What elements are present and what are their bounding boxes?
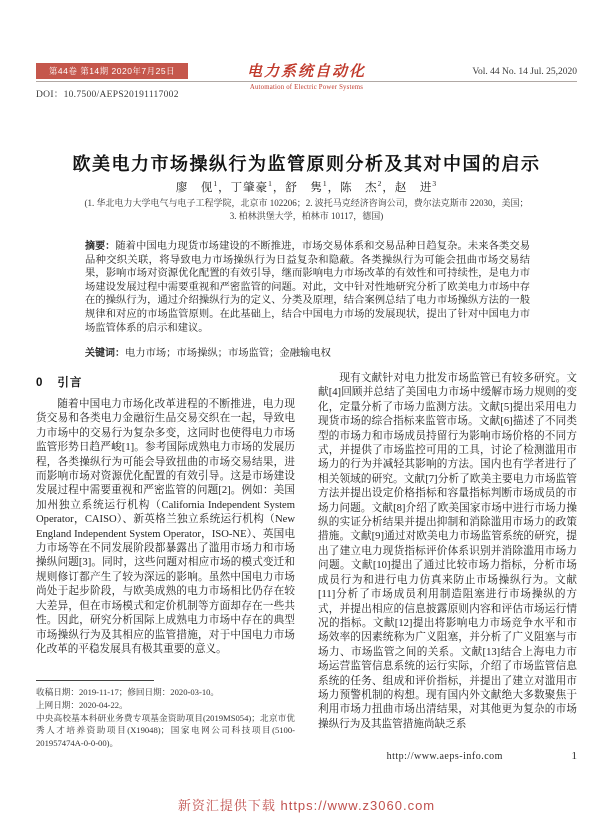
abstract-text: 随着中国电力现货市场建设的不断推进，市场交易体系和交易品种日趋复杂。未来各类交易… xyxy=(85,241,530,334)
abstract: 摘要：随着中国电力现货市场建设的不断推进，市场交易体系和交易品种日趋复杂。未来各… xyxy=(85,240,530,335)
left-column: 0引言 随着中国电力市场化改革进程的不断推进，电力现货交易和各类电力金融衍生品交… xyxy=(36,372,295,750)
keywords-text: 电力市场；市场操纵；市场监管；金融输电权 xyxy=(125,348,331,359)
author: 赵 进3 xyxy=(395,182,437,194)
affiliations: (1. 华北电力大学电气与电子工程学院，北京市 102206；2. 波托马克经济… xyxy=(40,197,573,223)
paper-title: 欧美电力市场操纵行为监管原则分析及其对中国的启示 xyxy=(40,150,573,176)
journal-logo-en: Automation of Electric Power Systems xyxy=(0,84,613,91)
author: 舒 隽1 xyxy=(285,182,327,194)
abstract-label: 摘要： xyxy=(85,241,115,252)
section-number: 0 xyxy=(36,377,43,389)
footnote-funding: 中央高校基本科研业务费专项基金资助项目(2019MS054)；北京市优秀人才培养… xyxy=(36,712,295,750)
keywords-label: 关键词： xyxy=(85,348,125,359)
author-separator: ， xyxy=(273,182,286,194)
affiliation-line: 3. 柏林洪堡大学，柏林市 10117，德国) xyxy=(40,210,573,223)
volume-info: Vol. 44 No. 14 Jul. 25,2020 xyxy=(472,67,577,77)
download-watermark: 新资汇提供下载 https://www.z3060.com xyxy=(0,795,613,814)
body-columns: 0引言 随着中国电力市场化改革进程的不断推进，电力现货交易和各类电力金融衍生品交… xyxy=(36,372,577,750)
author-separator: ， xyxy=(382,182,395,194)
keywords: 关键词：电力市场；市场操纵；市场监管；金融输电权 xyxy=(85,344,530,359)
footnote-online-date: 上网日期：2020-04-22。 xyxy=(36,699,295,712)
paper-page: 第44卷 第14期 2020年7月25日 DOI：10.7500/AEPS201… xyxy=(0,0,613,825)
literature-review-paragraph: 现有文献针对电力批发市场监管已有较多研究。文献[4]回顾并总结了美国电力市场中缓… xyxy=(318,372,577,732)
author: 丁肇豪1 xyxy=(231,182,273,194)
author-line: 廖 伣1，丁肇豪1，舒 隽1，陈 杰2，赵 进3 xyxy=(40,179,573,195)
section-heading-introduction: 0引言 xyxy=(36,374,295,390)
header-rule xyxy=(36,81,577,82)
author-separator: ， xyxy=(218,182,231,194)
author-separator: ， xyxy=(328,182,341,194)
footnote-rule xyxy=(36,680,154,681)
page-number: 1 xyxy=(572,750,578,762)
journal-url: http://www.aeps-info.com xyxy=(318,751,572,762)
author: 陈 杰2 xyxy=(340,182,382,194)
affiliation-line: (1. 华北电力大学电气与电子工程学院，北京市 102206；2. 波托马克经济… xyxy=(40,197,573,210)
footnote-dates: 收稿日期：2019-11-17；修回日期：2020-03-10。 xyxy=(36,686,295,699)
footnote: 收稿日期：2019-11-17；修回日期：2020-03-10。 上网日期：20… xyxy=(36,680,295,750)
section-title: 引言 xyxy=(57,377,82,389)
author: 廖 伣1 xyxy=(176,182,218,194)
intro-paragraph: 随着中国电力市场化改革进程的不断推进，电力现货交易和各类电力金融衍生品交易交织在… xyxy=(36,398,295,657)
right-column: 现有文献针对电力批发市场监管已有较多研究。文献[4]回顾并总结了美国电力市场中缓… xyxy=(318,372,577,750)
page-footer: http://www.aeps-info.com 1 xyxy=(318,750,577,762)
